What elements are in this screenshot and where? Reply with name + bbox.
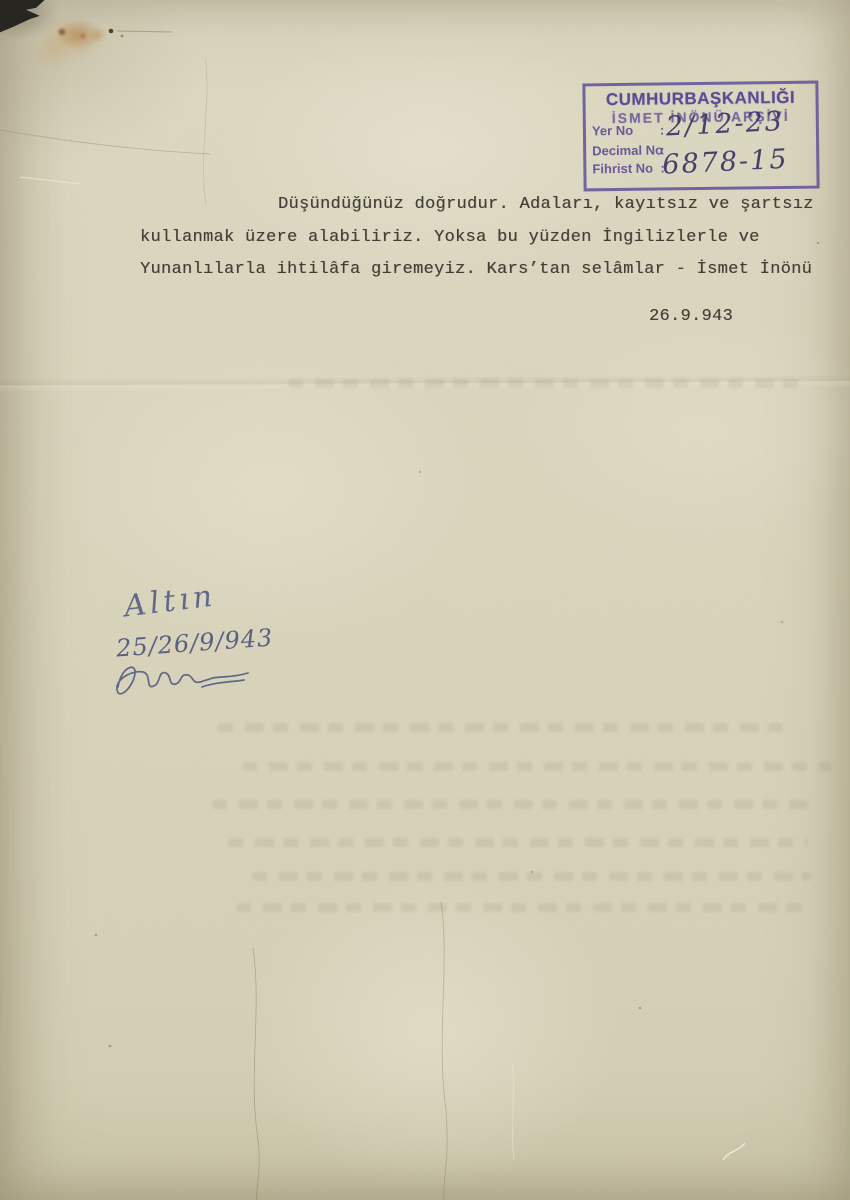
typed-line-1: Düşündüğünüz doğrudur. Adaları, kayıtsız… (278, 195, 814, 214)
typed-line-2: kullanmak üzere alabiliriz. Yoksa bu yüz… (140, 228, 760, 247)
showthrough-row (288, 379, 798, 388)
showthrough-row (228, 838, 808, 847)
stamp-field-colon: : (660, 122, 665, 137)
stamp-field-label: Yer No (592, 123, 633, 139)
showthrough-row (236, 903, 811, 912)
stamp-field-yer-no: Yer No : (592, 123, 633, 139)
rust-stain (28, 6, 148, 90)
stamp-field-decimal-no: Decimal No : (592, 142, 663, 158)
signature-scribble (112, 655, 262, 707)
stamp-handwritten-yer-no-value: 2/12-23 (665, 106, 784, 143)
typed-date: 26.9.943 (649, 307, 733, 326)
showthrough-row (252, 872, 812, 881)
stamp-field-label: Decimal No (592, 142, 663, 158)
typed-line-3: Yunanlılarla ihtilâfa giremeyiz. Kars’ta… (140, 260, 812, 279)
stamp-field-fihrist-no: Fihrist No : (592, 161, 653, 177)
stamp-field-label: Fihrist No (592, 161, 653, 177)
showthrough-row (212, 800, 812, 809)
torn-corner (0, 0, 62, 36)
handwritten-note: Altın (122, 579, 218, 625)
stamp-handwritten-fihrist-no-value: 6878-15 (662, 144, 790, 181)
showthrough-row (218, 723, 788, 732)
archival-document-page: CUMHURBAŞKANLIĞI İSMET İNÖNÜ ARŞİVİ Yer … (0, 0, 850, 1200)
archive-stamp: CUMHURBAŞKANLIĞI İSMET İNÖNÜ ARŞİVİ Yer … (582, 81, 819, 192)
showthrough-row (242, 762, 832, 771)
